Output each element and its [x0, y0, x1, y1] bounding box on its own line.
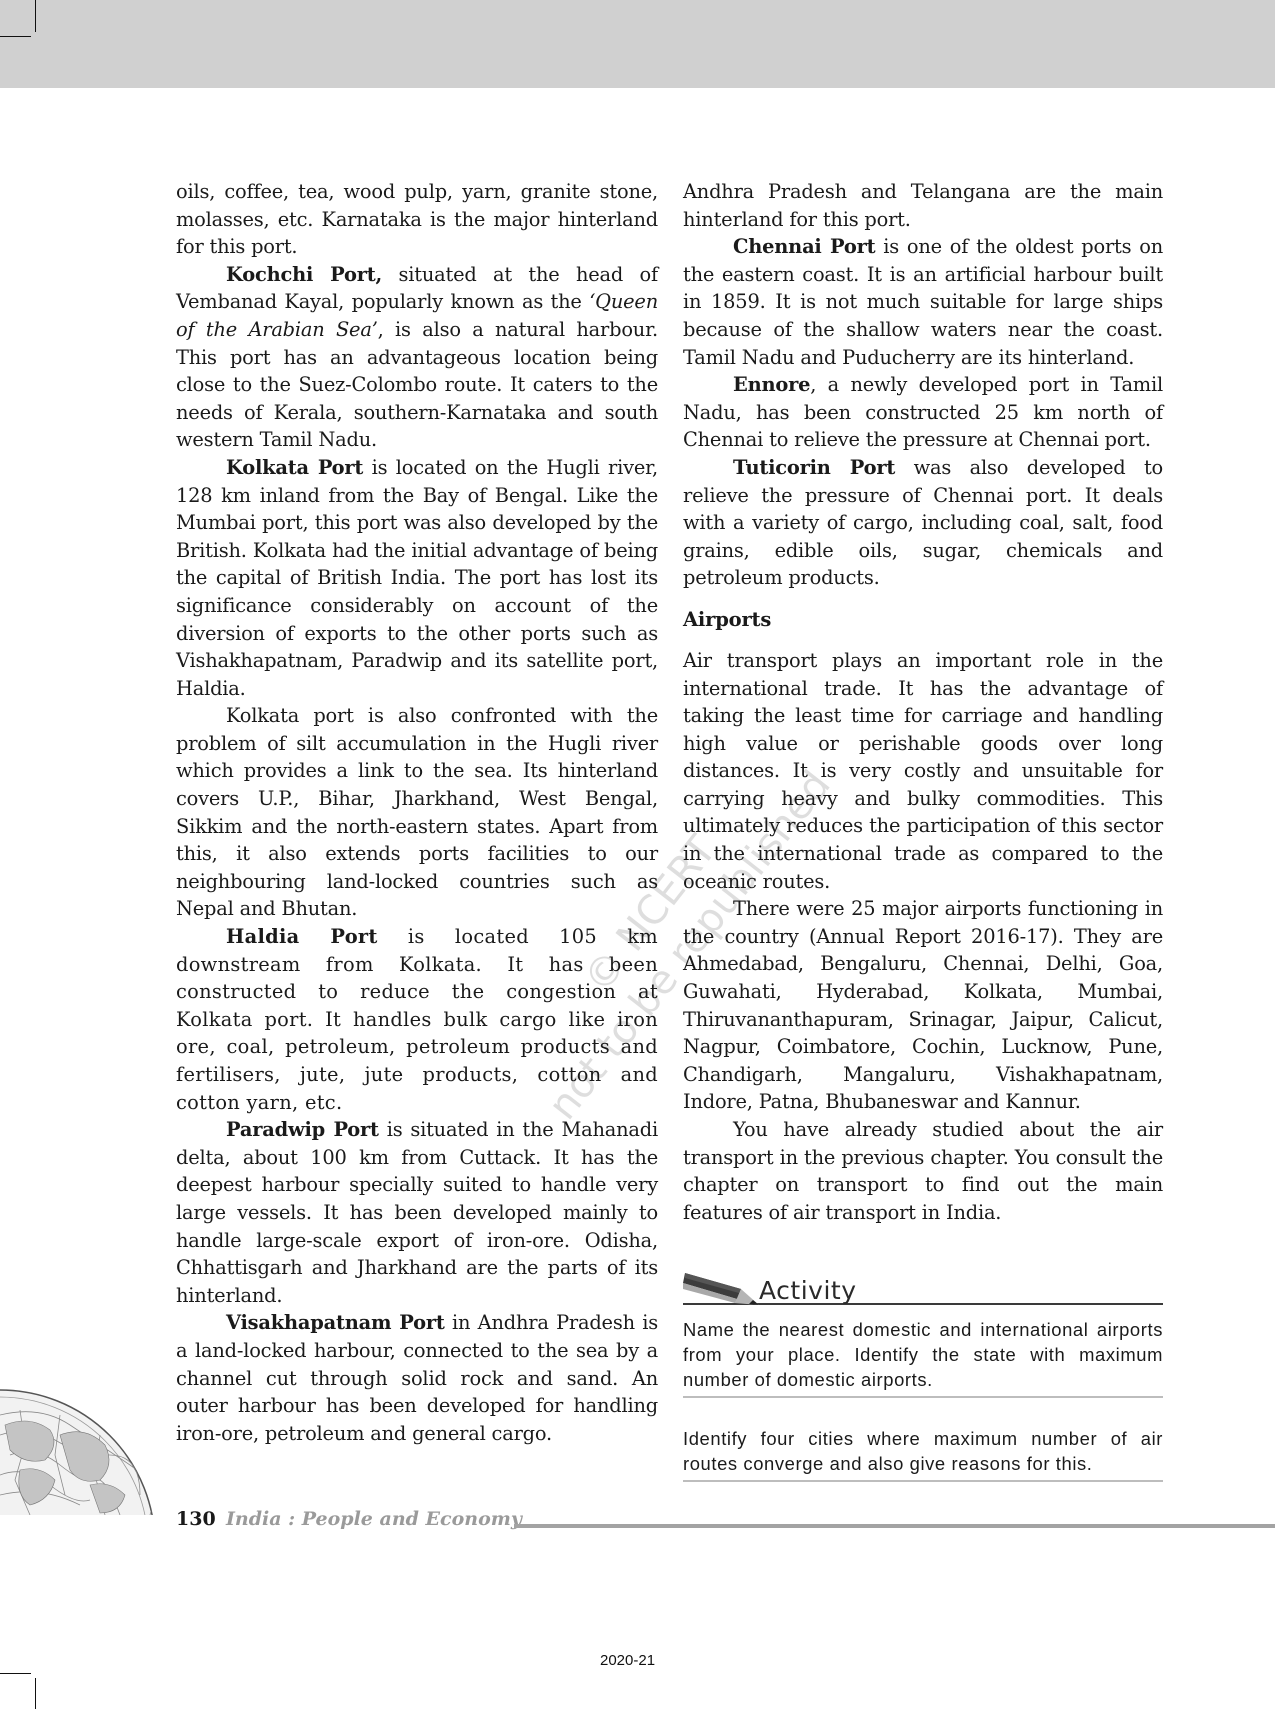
paradwip-port-text: is situated in the Mahanadi delta, about…: [176, 1118, 658, 1307]
pencil-icon: [683, 1271, 761, 1305]
activity-title: Activity: [759, 1276, 857, 1305]
paragraph-chennai-port: Chennai Port is one of the oldest ports …: [683, 233, 1163, 371]
paragraph-paradwip-port: Paradwip Port is situated in the Mahanad…: [176, 1116, 658, 1309]
paragraph-kochchi-port: Kochchi Port, situated at the head of Ve…: [176, 261, 658, 454]
paragraph-visakhapatnam-port: Visakhapatnam Port in Andhra Pradesh is …: [176, 1309, 658, 1447]
activity-header: Activity: [683, 1265, 1163, 1305]
paragraph-visakhapatnam-continued: Andhra Pradesh and Telangana are the mai…: [683, 178, 1163, 233]
section-heading-airports: Airports: [683, 606, 1163, 633]
page-footer: 130 India : People and Economy: [176, 1508, 1275, 1534]
left-column: oils, coffee, tea, wood pulp, yarn, gran…: [176, 178, 658, 1447]
paradwip-port-term: Paradwip Port: [226, 1118, 379, 1141]
ennore-term: Ennore: [733, 373, 810, 396]
kolkata-port-term: Kolkata Port: [226, 456, 363, 479]
kolkata-port-text: is located on the Hugli river, 128 km in…: [176, 456, 658, 700]
page-number: 130: [176, 1508, 216, 1530]
book-title: India : People and Economy: [226, 1508, 522, 1530]
paragraph-air-transport: Air transport plays an important role in…: [683, 647, 1163, 895]
paragraph-kolkata-silt: Kolkata port is also confronted with the…: [176, 702, 658, 923]
activity-question-2: Identify four cities where maximum numbe…: [683, 1414, 1163, 1482]
top-gray-band: [0, 0, 1275, 88]
crop-mark-top-left-horizontal: [0, 36, 31, 37]
activity-question-1: Name the nearest domestic and internatio…: [683, 1305, 1163, 1398]
haldia-port-term: Haldia Port: [226, 925, 378, 948]
paragraph-major-airports: There were 25 major airports functioning…: [683, 895, 1163, 1116]
chennai-port-term: Chennai Port: [733, 235, 875, 258]
edition-year: 2020-21: [600, 1652, 655, 1669]
visakhapatnam-port-term: Visakhapatnam Port: [226, 1311, 445, 1334]
crop-mark-top-left-vertical: [35, 0, 36, 32]
crop-mark-bottom-left-vertical: [35, 1678, 36, 1709]
haldia-port-text: is located 105 km downstream from Kolkat…: [176, 925, 658, 1114]
paragraph-air-transport-chapter: You have already studied about the air t…: [683, 1116, 1163, 1226]
crop-mark-bottom-left-horizontal: [0, 1673, 31, 1674]
paragraph-kolkata-port: Kolkata Port is located on the Hugli riv…: [176, 454, 658, 702]
kochchi-port-term: Kochchi Port,: [226, 263, 382, 286]
paragraph-haldia-port: Haldia Port is located 105 km downstream…: [176, 923, 658, 1116]
activity-box: Activity Name the nearest domestic and i…: [683, 1265, 1163, 1482]
paragraph-ennore: Ennore, a newly developed port in Tamil …: [683, 371, 1163, 454]
globe-map-decoration: [0, 1385, 158, 1515]
footer-rule: [514, 1524, 1275, 1528]
tuticorin-port-term: Tuticorin Port: [733, 456, 895, 479]
paragraph-mangalore-continued: oils, coffee, tea, wood pulp, yarn, gran…: [176, 178, 658, 261]
paragraph-tuticorin-port: Tuticorin Port was also developed to rel…: [683, 454, 1163, 592]
right-column: Andhra Pradesh and Telangana are the mai…: [683, 178, 1163, 1226]
